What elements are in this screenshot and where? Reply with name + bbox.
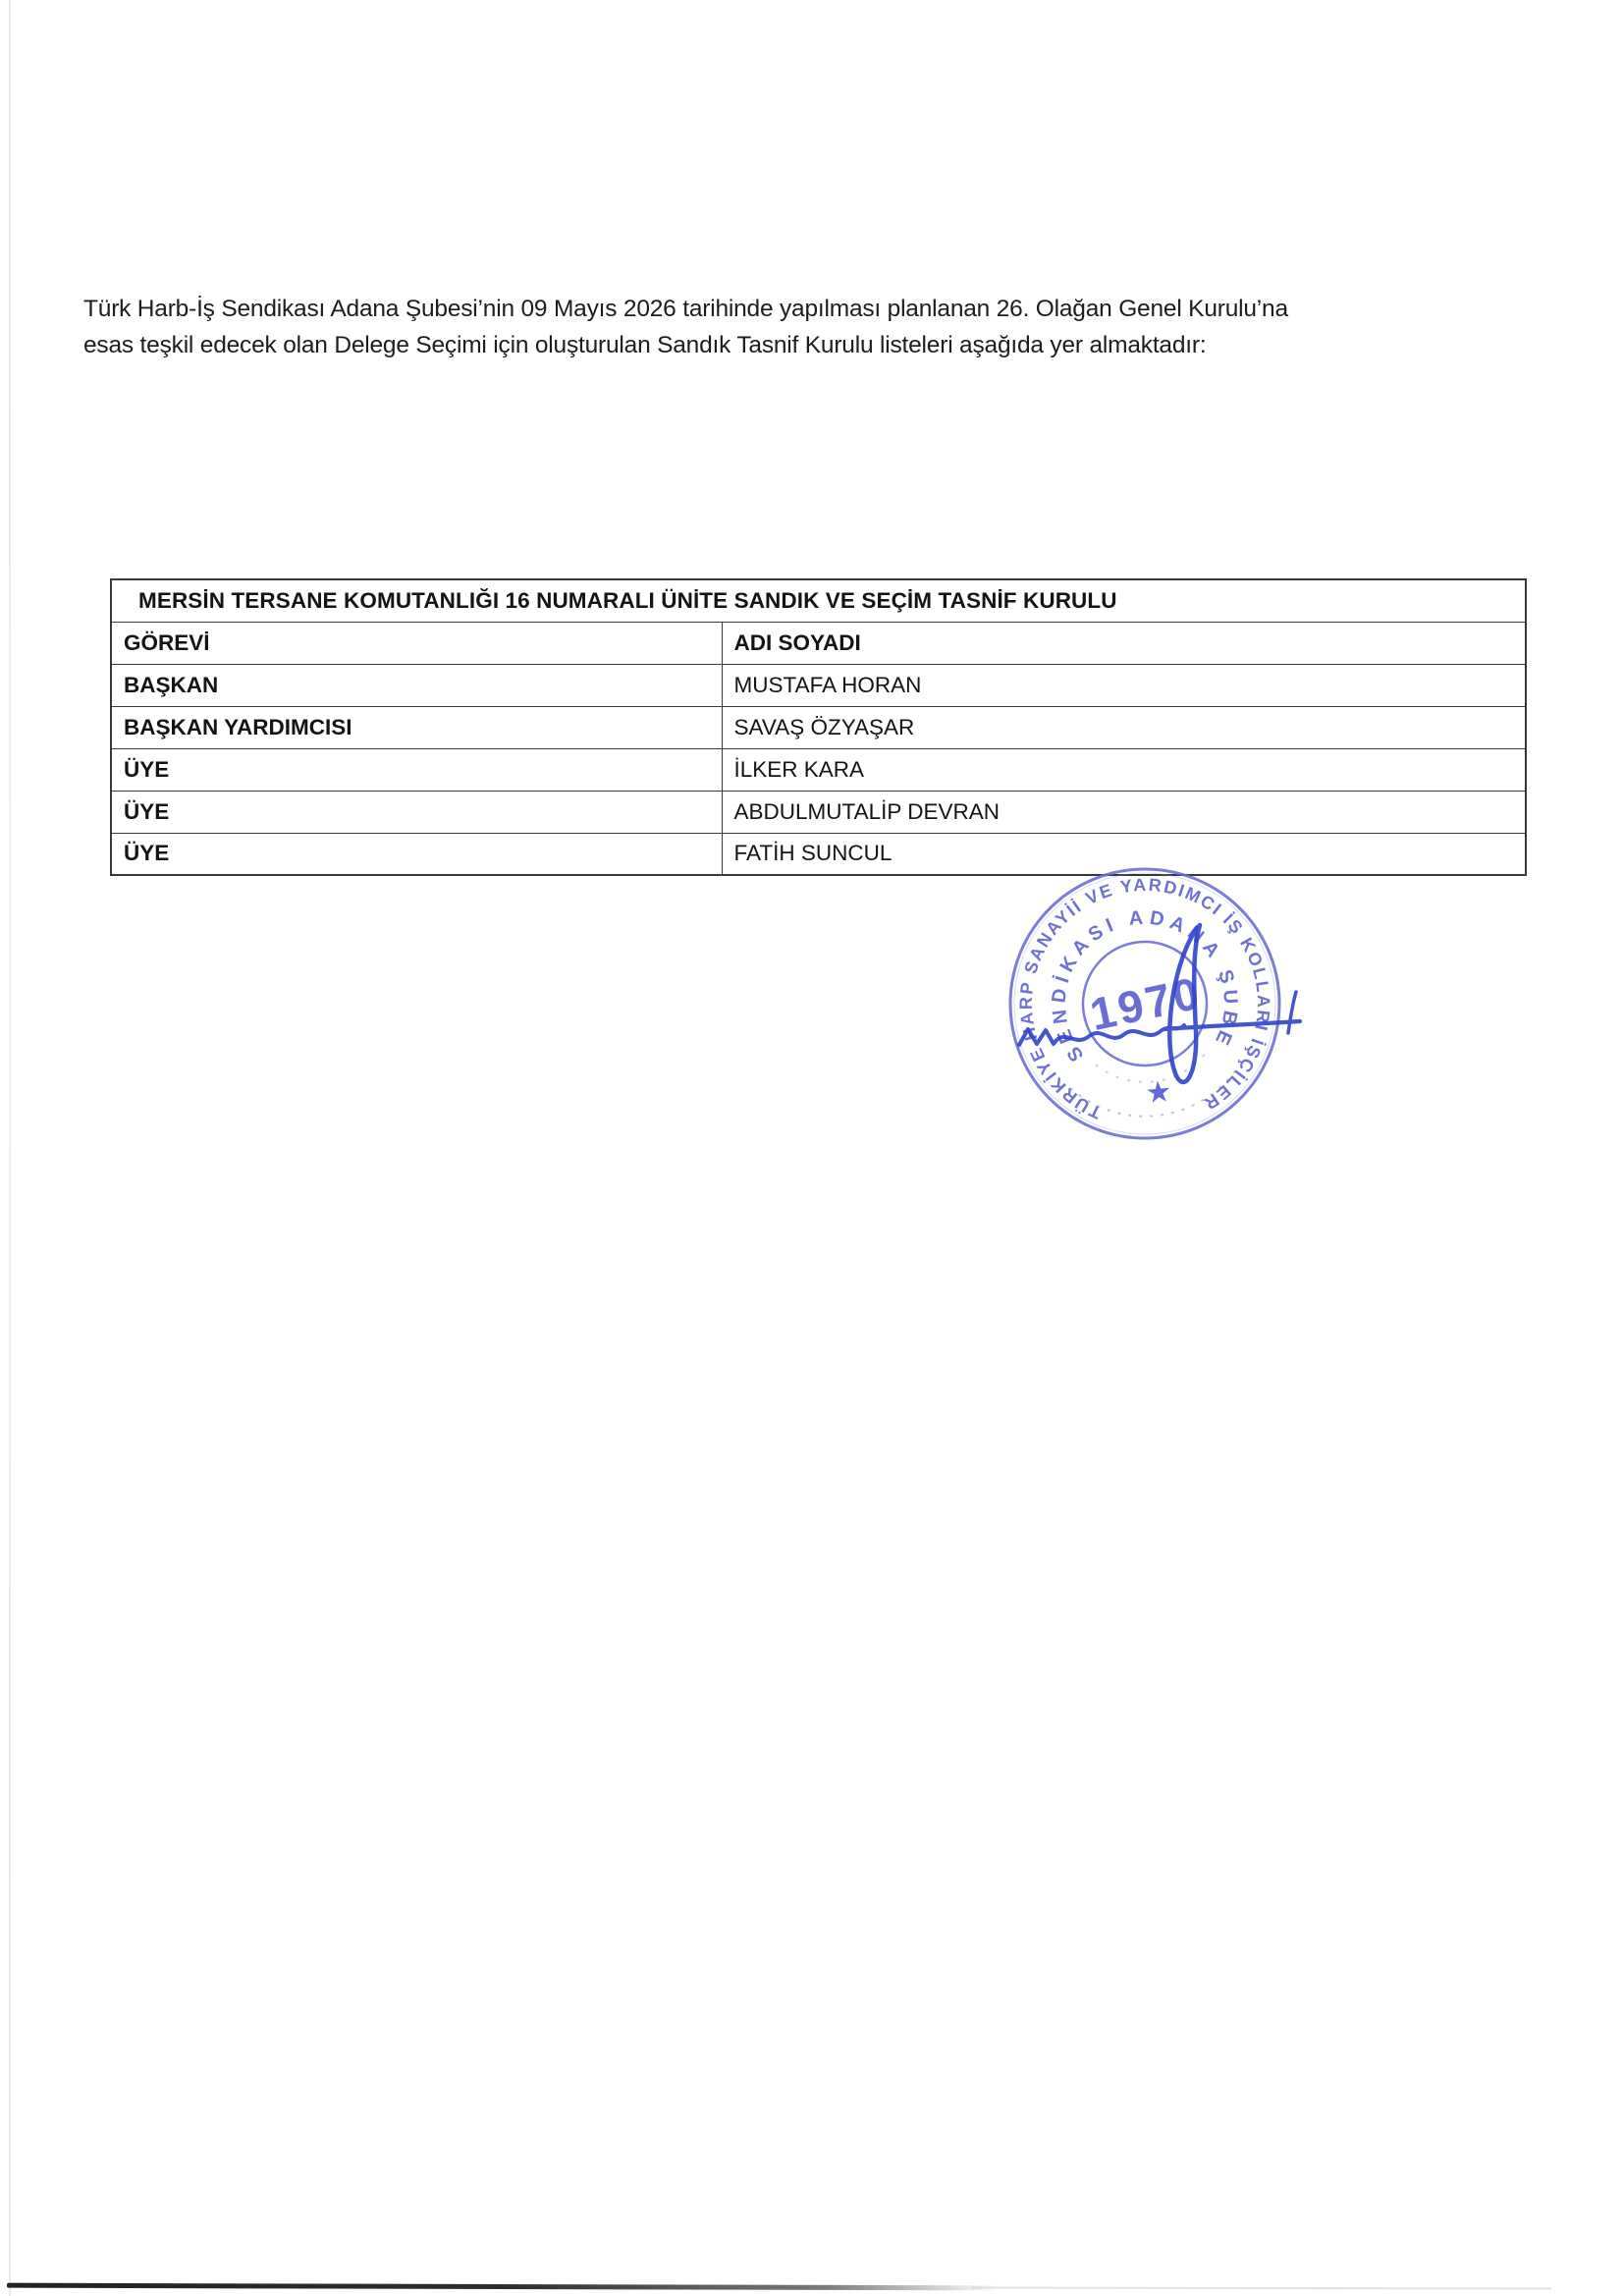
table-row: BAŞKAN YARDIMCISI SAVAŞ ÖZYAŞAR: [111, 706, 1526, 748]
role-cell: BAŞKAN: [111, 664, 722, 706]
role-cell: ÜYE: [111, 791, 722, 833]
name-cell: MUSTAFA HORAN: [722, 664, 1526, 706]
intro-paragraph: Türk Harb-İş Sendikası Adana Şubesi’nin …: [83, 291, 1556, 363]
name-cell: İLKER KARA: [722, 748, 1526, 791]
scan-edge-bottom: [7, 2283, 999, 2291]
scan-edge-bottom-faint: [972, 2286, 1551, 2289]
role-cell: ÜYE: [111, 748, 722, 791]
name-cell: ABDULMUTALİP DEVRAN: [722, 791, 1526, 833]
scanned-document-page: Türk Harb-İş Sendikası Adana Şubesi’nin …: [0, 0, 1623, 2296]
name-column-header: ADI SOYADI: [722, 622, 1526, 664]
committee-table-container: MERSİN TERSANE KOMUTANLIĞI 16 NUMARALI Ü…: [110, 578, 1527, 876]
scan-edge-left: [9, 0, 11, 2296]
intro-line-2: esas teşkil edecek olan Delege Seçimi iç…: [83, 327, 1556, 363]
table-row: BAŞKAN MUSTAFA HORAN: [111, 664, 1526, 706]
signature-tick: [1288, 992, 1296, 1033]
role-cell: ÜYE: [111, 833, 722, 875]
table-title-row: MERSİN TERSANE KOMUTANLIĞI 16 NUMARALI Ü…: [111, 579, 1526, 622]
table-title: MERSİN TERSANE KOMUTANLIĞI 16 NUMARALI Ü…: [111, 579, 1526, 622]
table-row: ÜYE ABDULMUTALİP DEVRAN: [111, 791, 1526, 833]
table-header-row: GÖREVİ ADI SOYADI: [111, 622, 1526, 664]
union-stamp: TÜRKİYE HARP SANAYİİ VE YARDIMCI İŞ KOLL…: [988, 847, 1341, 1161]
table-row: ÜYE İLKER KARA: [111, 748, 1526, 791]
intro-line-1: Türk Harb-İş Sendikası Adana Şubesi’nin …: [83, 291, 1556, 327]
name-cell: SAVAŞ ÖZYAŞAR: [722, 706, 1526, 748]
committee-table: MERSİN TERSANE KOMUTANLIĞI 16 NUMARALI Ü…: [110, 578, 1527, 876]
star-icon: ★: [1144, 1075, 1173, 1110]
role-cell: BAŞKAN YARDIMCISI: [111, 706, 722, 748]
role-column-header: GÖREVİ: [111, 622, 722, 664]
stamp-graphic: TÜRKİYE HARP SANAYİİ VE YARDIMCI İŞ KOLL…: [1000, 858, 1291, 1150]
